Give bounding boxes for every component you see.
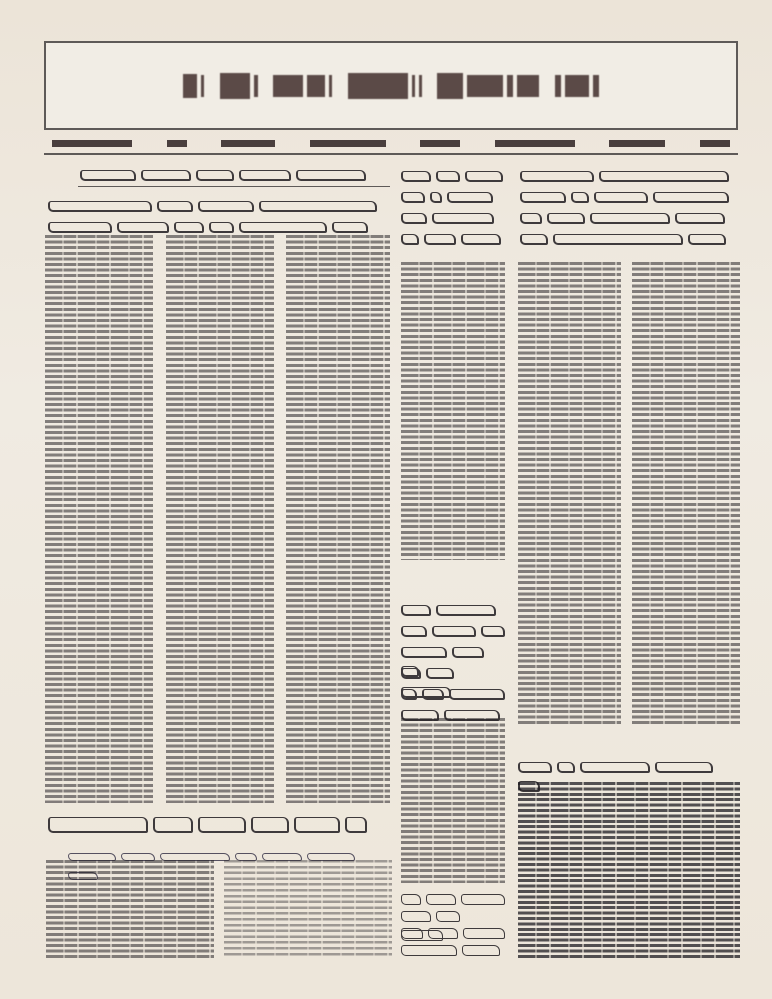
lead-story-headline: [illegible 2-line headline] xyxy=(48,193,393,235)
col5-6-headline: [illegible 4-line headline] xyxy=(520,163,742,247)
col6-body xyxy=(632,262,740,727)
lead-story-body-col-1 xyxy=(45,235,153,803)
dateline-item xyxy=(495,140,575,147)
dateline-item xyxy=(310,140,386,147)
masthead-title-text: [illegible masthead title] xyxy=(46,43,47,44)
dateline-item xyxy=(420,140,460,147)
masthead: [illegible masthead title] xyxy=(44,41,738,130)
newspaper-page: [illegible masthead title] [illegible ki… xyxy=(0,0,772,999)
dateline-bar xyxy=(44,133,738,155)
divider-rule xyxy=(78,186,390,187)
bottom-left-deck: [illegible deck line] xyxy=(68,842,393,851)
col4-body xyxy=(401,262,505,560)
right-lower-body xyxy=(518,782,740,960)
lead-story-kicker: [illegible kicker] xyxy=(80,162,390,183)
col4-bottom-subhead: [illegible 4-line subhead] xyxy=(401,886,511,954)
dateline-item xyxy=(221,140,275,147)
dateline-item xyxy=(700,140,730,147)
right-lower-headline: [illegible 1-line headline] xyxy=(518,754,740,775)
lead-story-body-col-2 xyxy=(166,235,274,803)
bottom-left-body-col-2 xyxy=(224,860,392,958)
dateline-item xyxy=(609,140,665,147)
dateline-item xyxy=(167,140,187,147)
col4-headline: [illegible 4-line headline] xyxy=(401,163,511,247)
col4-subhead: [illegible 6-line subhead] xyxy=(401,597,511,723)
lead-story-body-col-3 xyxy=(286,235,390,803)
masthead-title xyxy=(46,67,736,102)
col4-continued-body xyxy=(401,718,505,883)
dateline-item xyxy=(52,140,132,147)
bottom-left-headline: [illegible 1-line headline] xyxy=(48,814,393,839)
bottom-left-body-col-1 xyxy=(46,860,214,958)
col5-body xyxy=(518,262,621,727)
